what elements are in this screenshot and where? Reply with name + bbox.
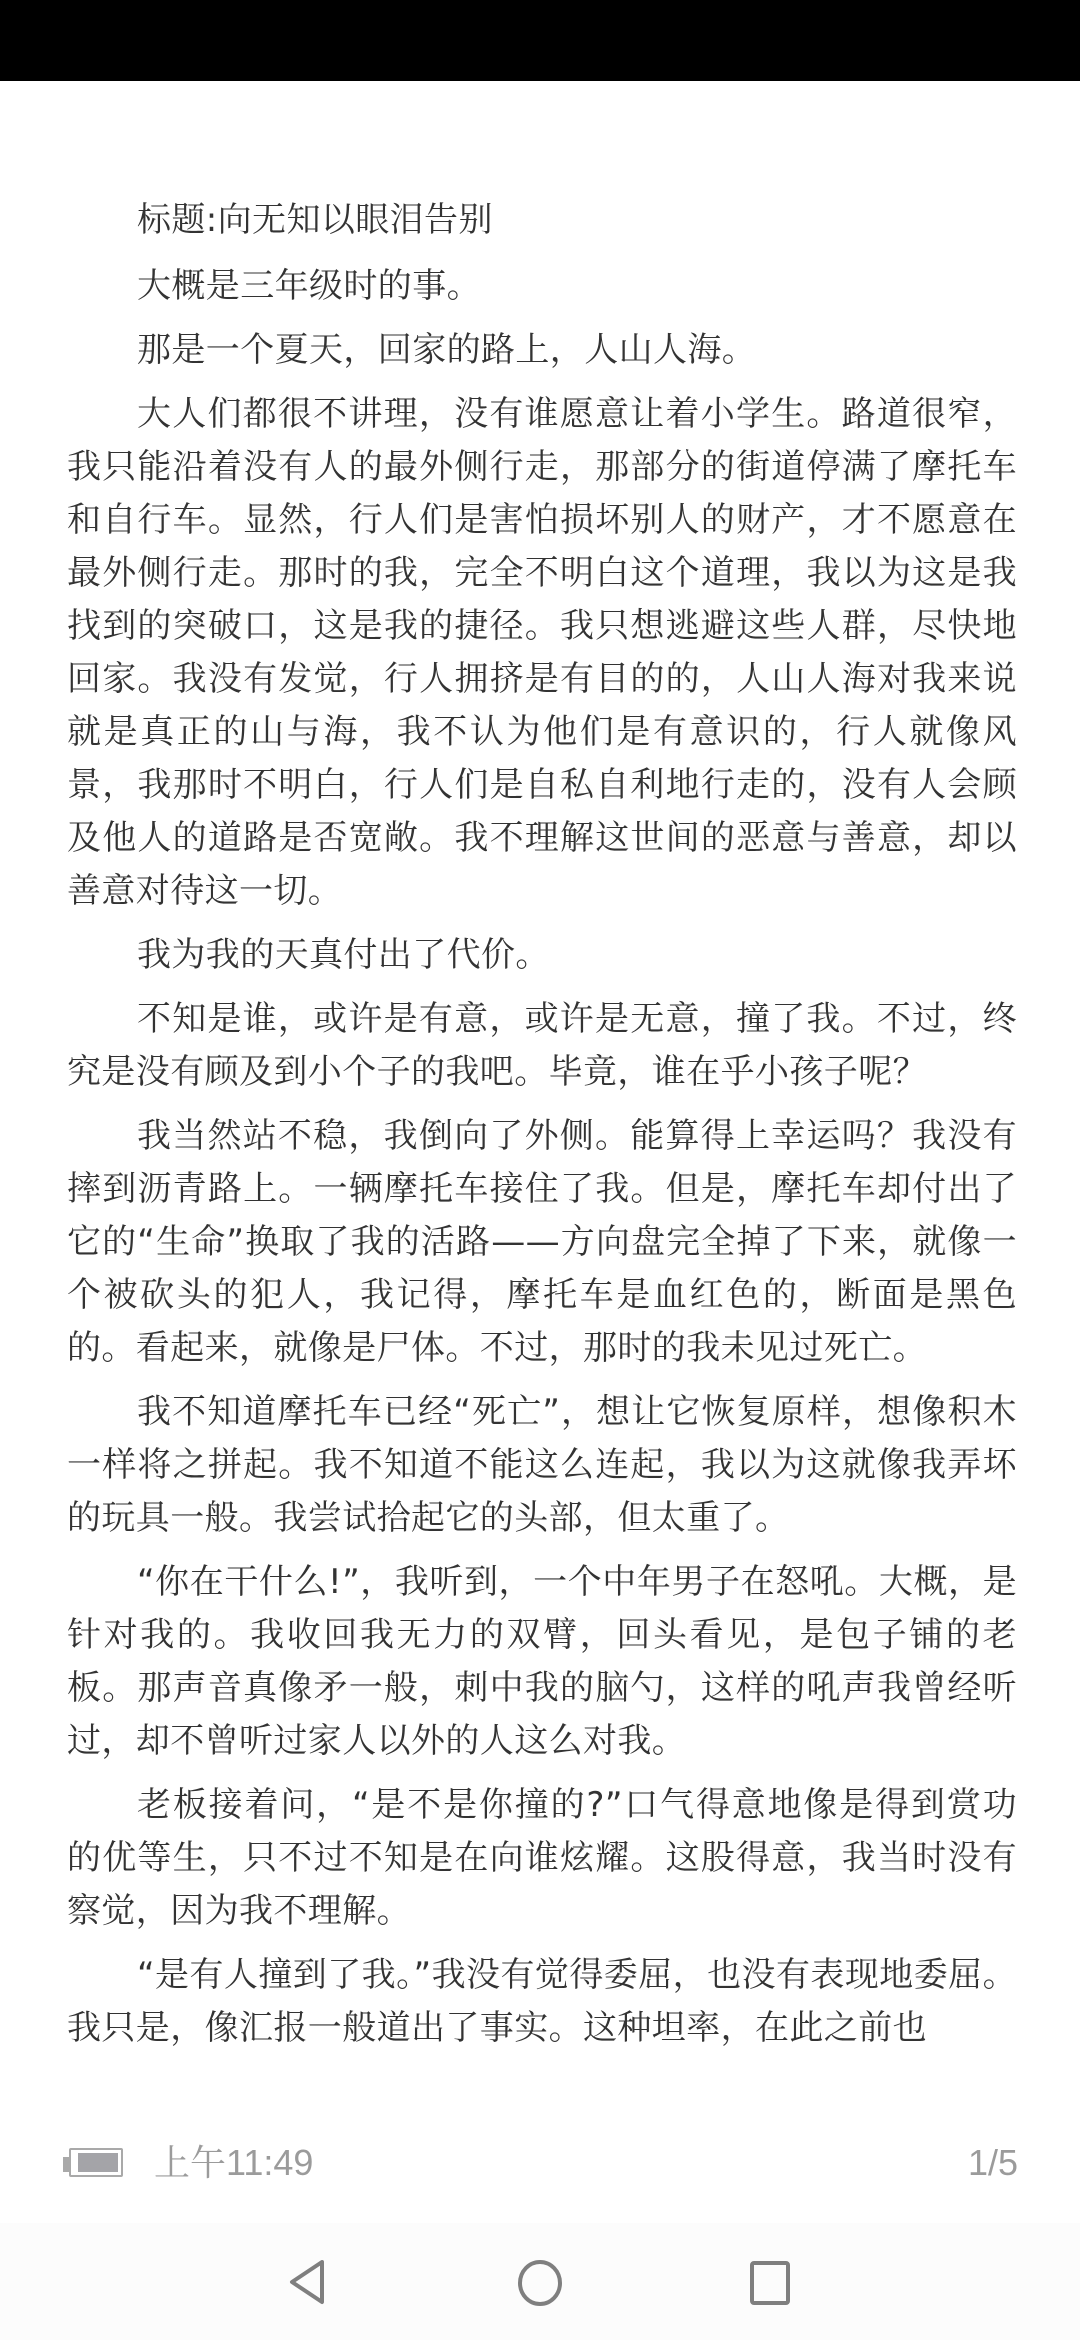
status-bar	[0, 0, 1080, 81]
article-title: 标题:向无知以眼泪告别	[67, 194, 1017, 247]
page-indicator: 1/5	[968, 2140, 1018, 2186]
navigation-bar	[0, 2223, 1080, 2340]
paragraph: 我不知道摩托车已经“死亡”，想让它恢复原样，想像积木一样将之拼起。我不知道不能这…	[67, 1386, 1017, 1545]
home-button[interactable]	[510, 2253, 570, 2313]
square-recents-icon	[745, 2258, 795, 2308]
clock-time: 上午11:49	[154, 2140, 313, 2186]
paragraph: 不知是谁，或许是有意，或许是无意，撞了我。不过，终究是没有顾及到小个子的我吧。毕…	[67, 993, 1017, 1099]
reader-content[interactable]: 标题:向无知以眼泪告别 大概是三年级时的事。 那是一个夏天，回家的路上，人山人海…	[67, 194, 1017, 2114]
reader-footer: 上午11:49 1/5	[0, 2138, 1080, 2188]
paragraph: 我当然站不稳，我倒向了外侧。能算得上幸运吗？我没有摔到沥青路上。一辆摩托车接住了…	[67, 1110, 1017, 1375]
triangle-back-icon	[286, 2258, 330, 2308]
paragraph: “你在干什么!”，我听到，一个中年男子在怒吼。大概，是针对我的。我收回我无力的双…	[67, 1556, 1017, 1768]
back-button[interactable]	[278, 2253, 338, 2313]
paragraph: “是有人撞到了我。”我没有觉得委屈，也没有表现地委屈。我只是，像汇报一般道出了事…	[67, 1949, 1017, 2055]
paragraph: 我为我的天真付出了代价。	[67, 929, 1017, 982]
battery-icon	[63, 2148, 127, 2180]
battery-level	[78, 2153, 118, 2172]
circle-home-icon	[515, 2258, 565, 2308]
paragraph: 大人们都很不讲理，没有谁愿意让着小学生。路道很窄，我只能沿着没有人的最外侧行走，…	[67, 388, 1017, 918]
recents-button[interactable]	[740, 2253, 800, 2313]
battery-body	[69, 2148, 123, 2177]
paragraph: 老板接着问，“是不是你撞的?”口气得意地像是得到赏功的优等生，只不过不知是在向谁…	[67, 1779, 1017, 1938]
paragraph: 那是一个夏天，回家的路上，人山人海。	[67, 324, 1017, 377]
paragraph: 大概是三年级时的事。	[67, 260, 1017, 313]
